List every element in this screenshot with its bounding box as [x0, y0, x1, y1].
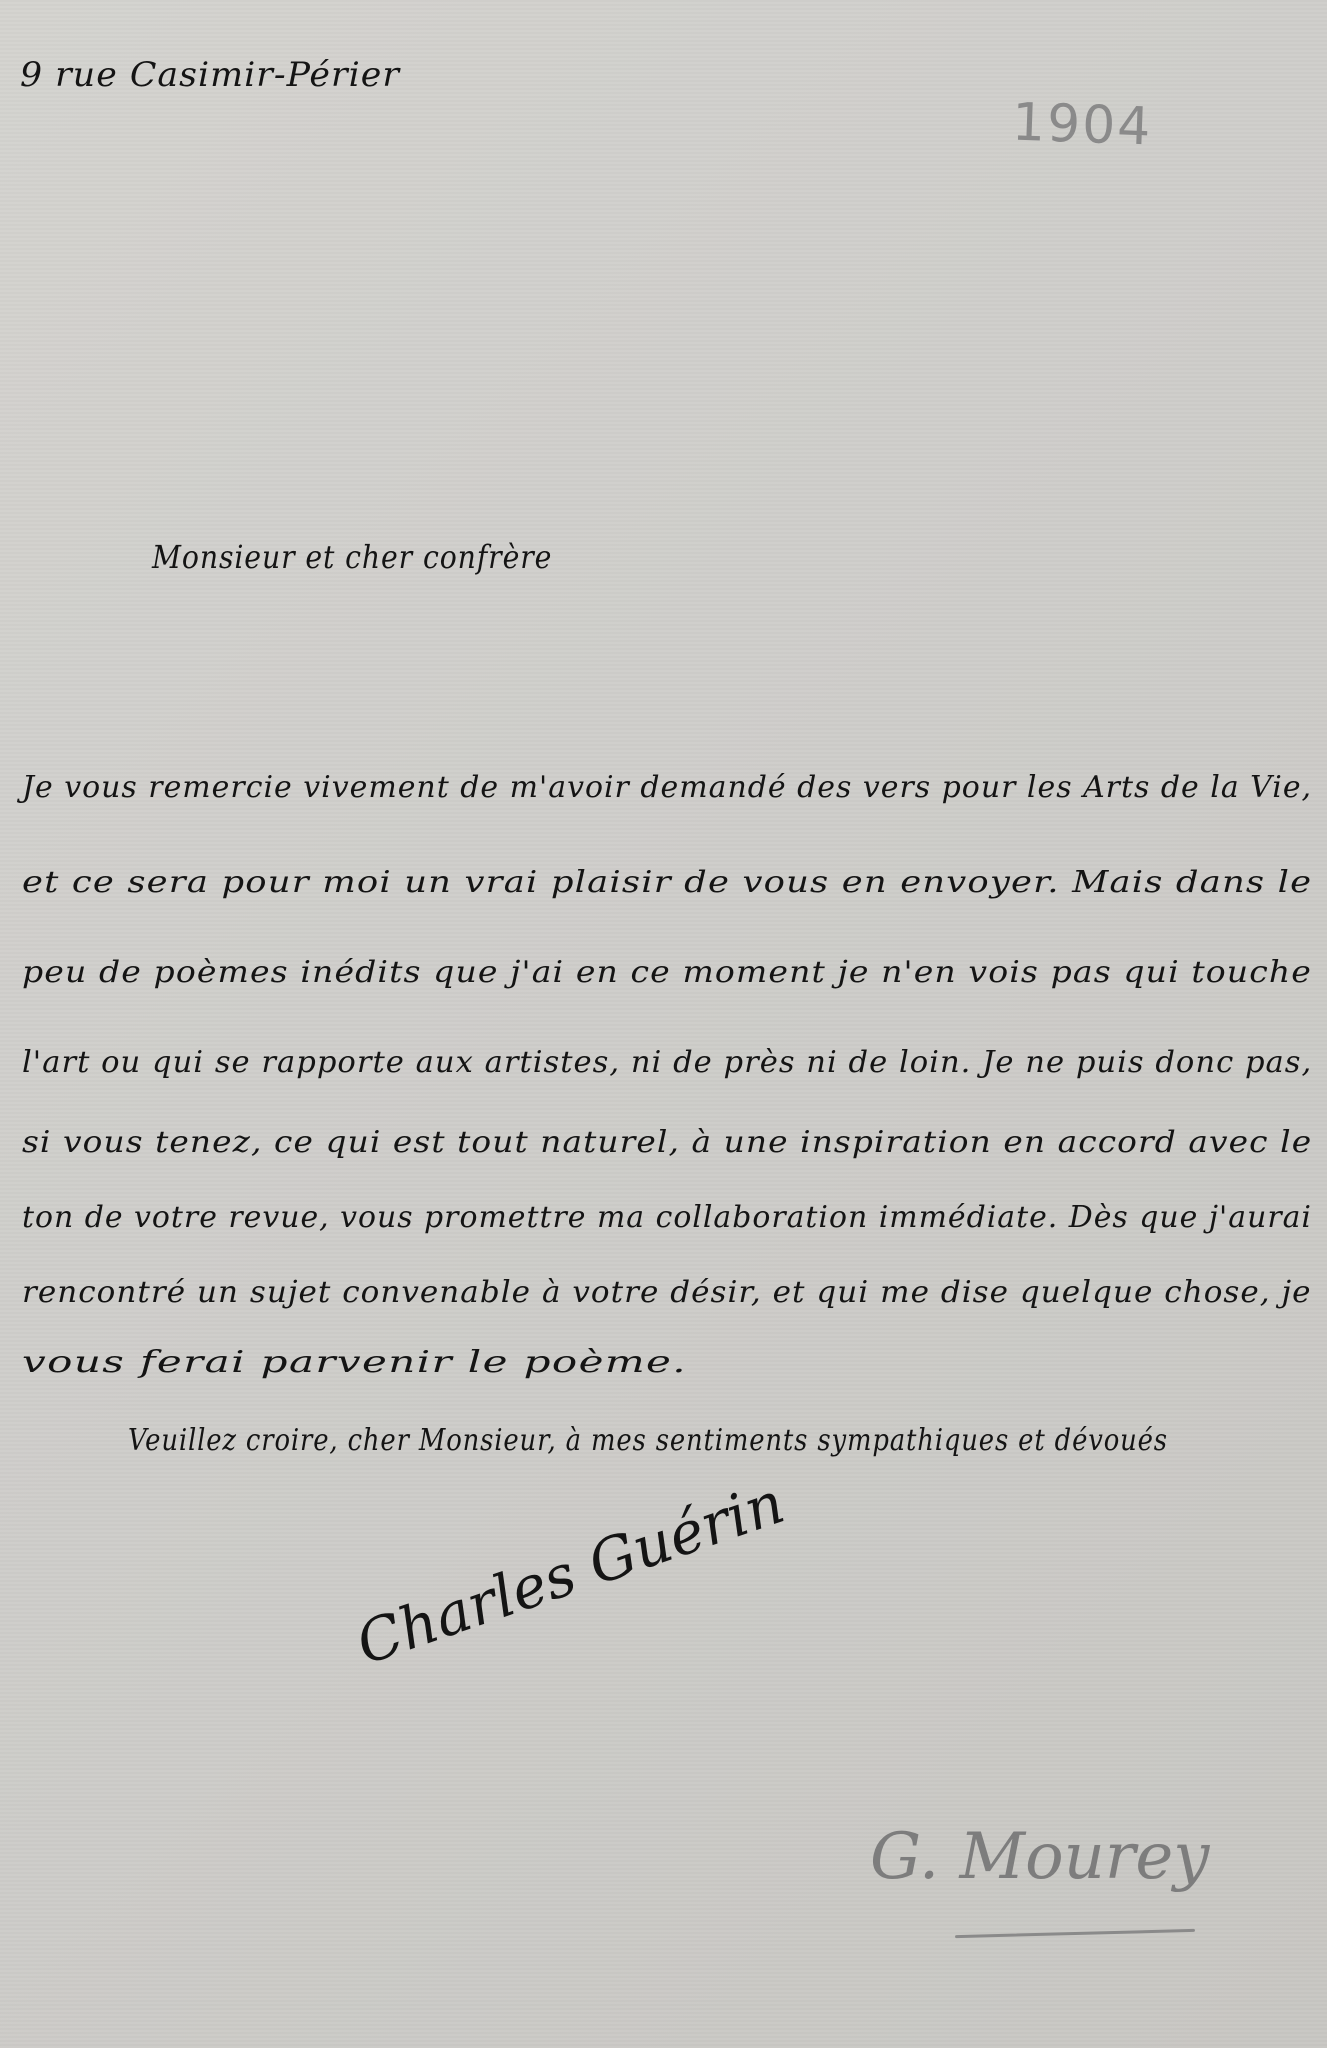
body-line: rencontré un sujet convenable à votre dé… — [22, 1275, 1312, 1310]
body-line: l'art ou qui se rapporte aux artistes, n… — [22, 1045, 1312, 1080]
body-line: peu de poèmes inédits que j'ai en ce mom… — [22, 955, 1312, 990]
body-line: ton de votre revue, vous promettre ma co… — [22, 1200, 1312, 1235]
body-line: Je vous remercie vivement de m'avoir dem… — [22, 770, 1312, 805]
date-annotation: 1904 — [1011, 93, 1153, 158]
sender-address: 9 rue Casimir-Périer — [20, 55, 400, 95]
body-line: vous ferai parvenir le poème. — [22, 1345, 687, 1380]
salutation: Monsieur et cher confrère — [152, 538, 552, 576]
closing-formula: Veuillez croire, cher Monsieur, à mes se… — [128, 1423, 1168, 1458]
body-line: si vous tenez, ce qui est tout naturel, … — [22, 1125, 1312, 1160]
body-line: et ce sera pour moi un vrai plaisir de v… — [22, 865, 1312, 900]
letter-paper — [0, 0, 1327, 2048]
signature-mourey: G. Mourey — [870, 1820, 1209, 1894]
